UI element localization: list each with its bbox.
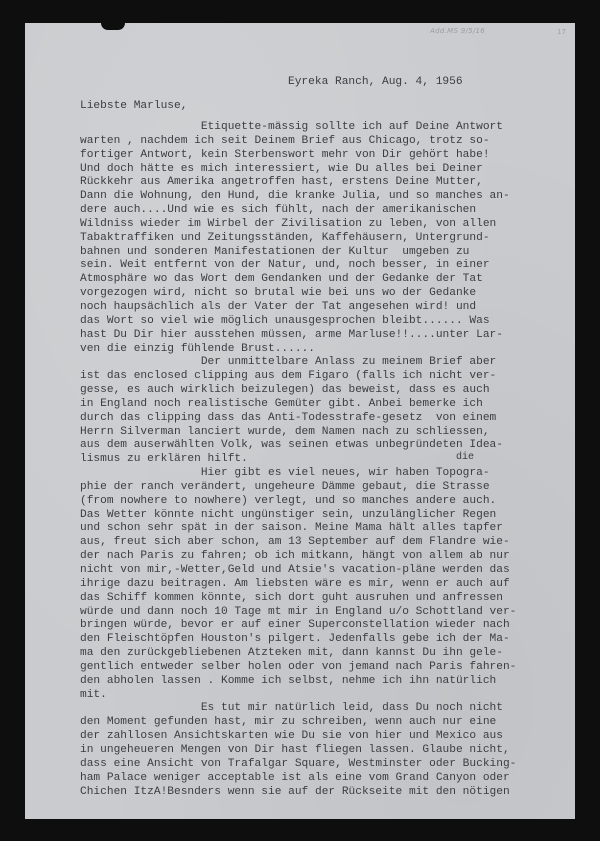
letter-line: gentlich entweder selber holen oder von … — [80, 661, 516, 675]
letter-line: aus dem auserwählten Volk, was seinen et… — [80, 439, 516, 453]
letter-line: nicht von mir,-Wetter,Geld und Atsie's v… — [80, 564, 516, 578]
letter-line: der zahllosen Ansichtskarten wie Du sie … — [80, 730, 516, 744]
dateline: Eyreka Ranch, Aug. 4, 1956 — [288, 76, 463, 88]
letter-line: Und doch hätte es mich interessiert, wie… — [80, 163, 516, 177]
letter-line: aus, freut sich aber schon, am 13 Septem… — [80, 536, 516, 550]
page-number-mark: 17 — [557, 28, 566, 36]
letter-line: Das Wetter könnte nicht ungünstiger sein… — [80, 509, 516, 523]
letter-line: Der unmittelbare Anlass zu meinem Brief … — [80, 356, 516, 370]
letter-line: in ungeheueren Mengen von Dir hast flieg… — [80, 744, 516, 758]
letter-line: fortiger Antwort, kein Sterbenswort mehr… — [80, 149, 516, 163]
letter-line: Herrn Silverman lanciert wurde, dem Name… — [80, 426, 516, 440]
letter-line: Atmosphäre wo das Wort dem Gendanken und… — [80, 273, 516, 287]
letter-line: durch das clipping dass das Anti-Todesst… — [80, 412, 516, 426]
letter-line: vorgezogen wird, nicht so brutal wie bei… — [80, 287, 516, 301]
letter-line: der nach Paris zu fahren; ob ich mitkann… — [80, 550, 516, 564]
letter-line: Rückkehr aus Amerika angetroffen hast, e… — [80, 176, 516, 190]
letter-line: noch haupsächlich als der Vater der Tat … — [80, 301, 516, 315]
letter-line: Tabaktraffiken und Zeitungsständen, Kaff… — [80, 232, 516, 246]
archive-pencil-note: Add.MS 9/5/16 — [430, 27, 485, 35]
letter-line: ven die einzig fühlende Brust...... — [80, 343, 516, 357]
letter-line: würde und dann noch 10 Tage mt mir in En… — [80, 606, 516, 620]
letter-line: den abholen lassen . Komme ich selbst, n… — [80, 675, 516, 689]
letter-line: in England noch realistische Gemüter gib… — [80, 398, 516, 412]
letter-line: phie der ranch verändert, ungeheure Dämm… — [80, 481, 516, 495]
letter-line: Etiquette-mässig sollte ich auf Deine An… — [80, 121, 516, 135]
letter-line: ist das enclosed clipping aus dem Figaro… — [80, 370, 516, 384]
letter-line: bahnen und sonderen Manifestationen der … — [80, 246, 516, 260]
letter-line: (from nowhere to nowhere) verlegt, und s… — [80, 495, 516, 509]
paper-notch — [101, 23, 125, 30]
letter-line: ihrige dazu beitragen. Am liebsten wäre … — [80, 578, 516, 592]
letter-line: ma den zurückgebliebenen Atzteken mit, d… — [80, 647, 516, 661]
letter-line: den Fleischtöpfen Houston's pilgert. Jed… — [80, 633, 516, 647]
letter-line: Hier gibt es viel neues, wir haben Topog… — [80, 467, 516, 481]
letter-line: Dann die Wohnung, den Hund, die kranke J… — [80, 190, 516, 204]
letter-line: dass eine Ansicht von Trafalgar Square, … — [80, 758, 516, 772]
letter-line: dere auch....Und wie es sich fühlt, nach… — [80, 204, 516, 218]
letter-body: Etiquette-mässig sollte ich auf Deine An… — [80, 121, 516, 799]
letter-line: das Schiff kommen könnte, sich dort guht… — [80, 592, 516, 606]
letter-line: das Wort so viel wie möglich unausgespro… — [80, 315, 516, 329]
letter-line: hast Du Dir hier ausstehen müssen, arme … — [80, 329, 516, 343]
letter-line: warten , nachdem ich seit Deinem Brief a… — [80, 135, 516, 149]
letter-line: Wildniss wieder im Wirbel der Zivilisati… — [80, 218, 516, 232]
letter-line: mit. — [80, 689, 516, 703]
letter-line: und schon sehr spät in der saison. Meine… — [80, 522, 516, 536]
letter-line: Es tut mir natürlich leid, dass Du noch … — [80, 702, 516, 716]
salutation: Liebste Marluse, — [80, 100, 187, 112]
letter-line: lismus zu erklären hilft. — [80, 453, 516, 467]
letter-line: den Moment gefunden hast, mir zu schreib… — [80, 716, 516, 730]
letter-line: gesse, es auch wirklich beizulegen) das … — [80, 384, 516, 398]
letter-line: ham Palace weniger acceptable ist als ei… — [80, 772, 516, 786]
letter-line: Chichen ItzA!Besnders wenn sie auf der R… — [80, 786, 516, 800]
letter-line: sein. Weit entfernt von der Natur, und, … — [80, 259, 516, 273]
letter-line: bringen würde, bevor er auf einer Superc… — [80, 619, 516, 633]
